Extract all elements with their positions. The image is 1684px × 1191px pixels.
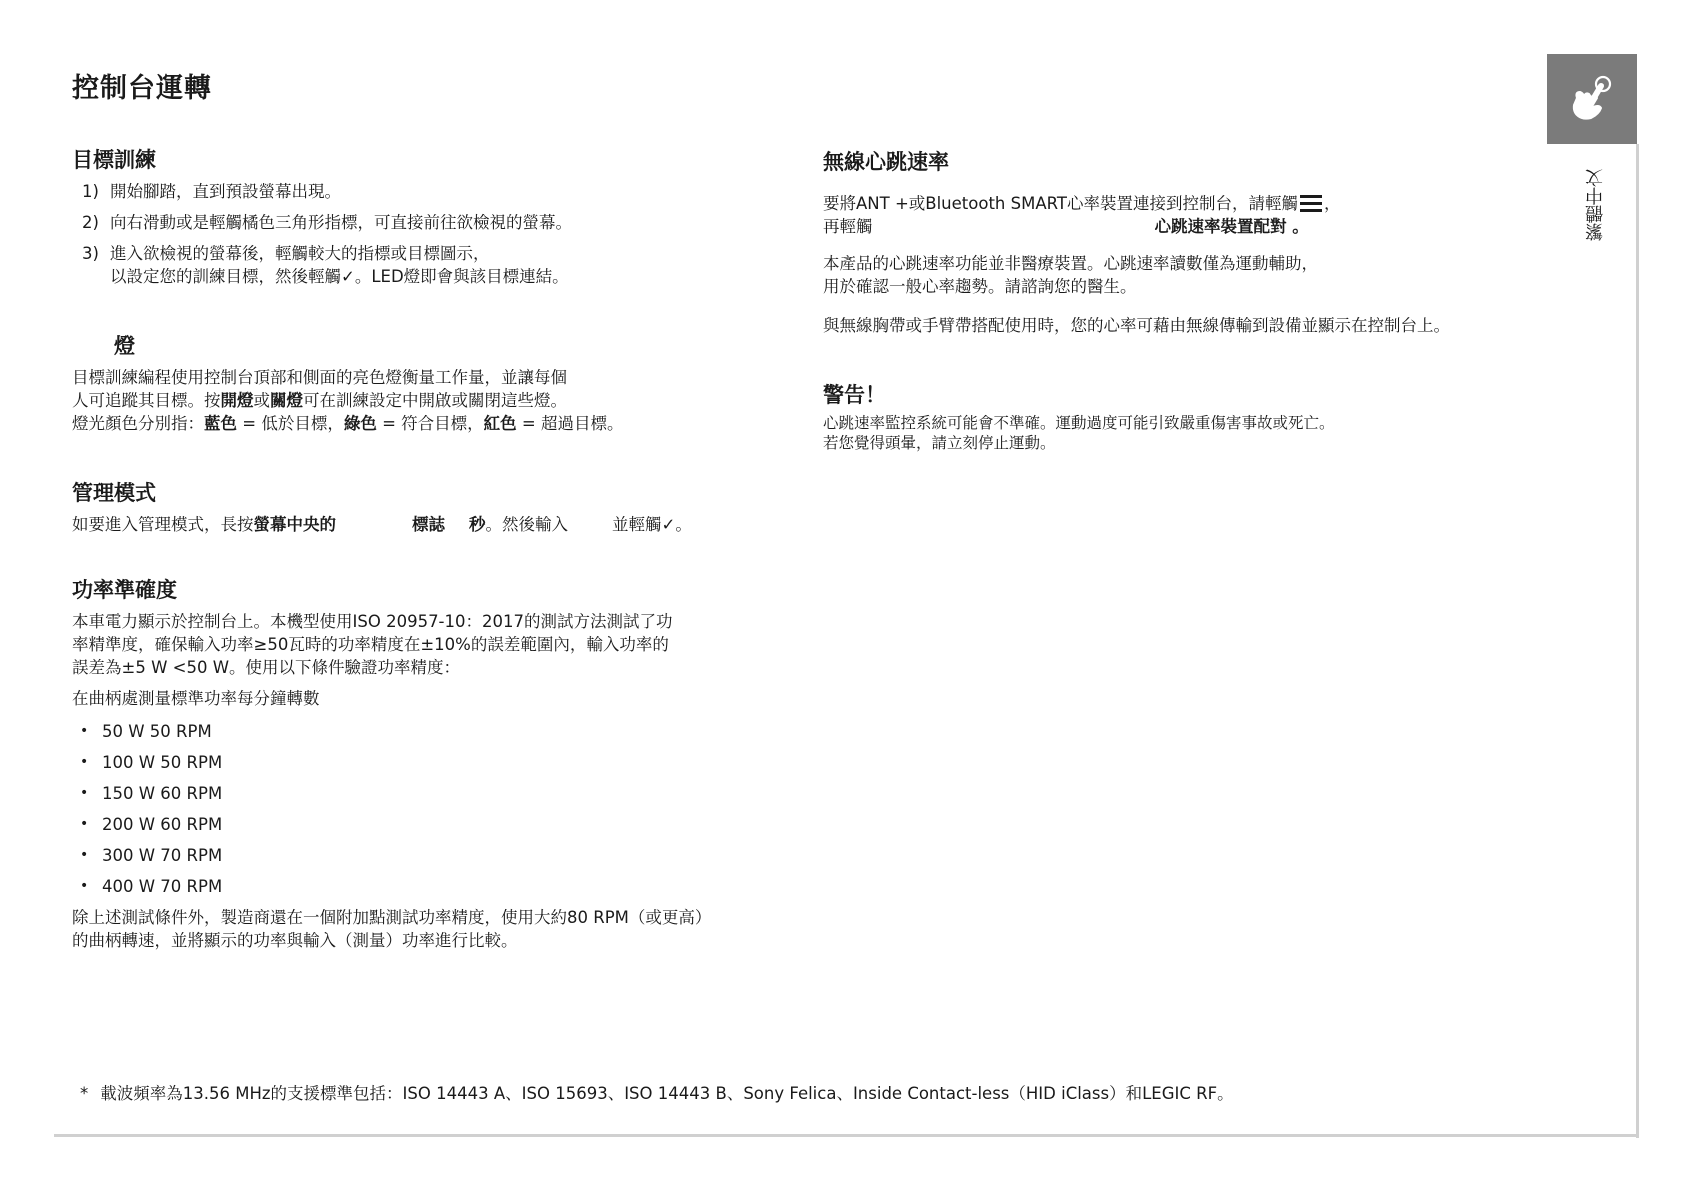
step-number: 1) [82, 180, 110, 203]
section-admin-mode: 管理模式 如要進入管理模式，長按螢幕中央的標誌秒。然後輸入並輕觸✓。 [72, 479, 772, 536]
bullet-icon: • [80, 844, 102, 867]
admin-paragraph: 如要進入管理模式，長按螢幕中央的標誌秒。然後輸入並輕觸✓。 [72, 513, 772, 536]
bold-text: 秒 [469, 515, 486, 534]
footnote-text: 載波頻率為13.56 MHz的支援標準包括：ISO 14443 A、ISO 15… [100, 1084, 1233, 1103]
page-border-bottom [54, 1134, 1639, 1137]
text: 可在訓練設定中開啟或關閉這些燈。 [303, 391, 567, 410]
text: ， [1324, 194, 1341, 213]
step-number: 3) [82, 242, 110, 288]
text: = 低於目標， [237, 414, 344, 433]
text: 再輕觸 [823, 217, 873, 236]
section-lights: 燈 目標訓練編程使用控制台頂部和側面的亮色燈衡量工作量，並讓每個 人可追蹤其目標… [72, 332, 772, 435]
list-item: 2) 向右滑動或是輕觸橘色三角形指標，可直接前往欲檢視的螢幕。 [82, 211, 772, 234]
language-label: 繁體中文 [1584, 160, 1608, 250]
section-warning: 警告！ 心跳速率監控系統可能會不準確。運動過度可能引致嚴重傷害事故或死亡。 若您… [823, 381, 1543, 453]
red-label: 紅色 [484, 414, 517, 433]
language-tab [1547, 54, 1637, 144]
page-title: 控制台運轉 [72, 66, 212, 105]
step-text: 向右滑動或是輕觸橘色三角形指標，可直接前往欲檢視的螢幕。 [110, 211, 572, 234]
text-line: 目標訓練編程使用控制台頂部和側面的亮色燈衡量工作量，並讓每個 [72, 368, 567, 387]
footnote: *載波頻率為13.56 MHz的支援標準包括：ISO 14443 A、ISO 1… [80, 1080, 1234, 1104]
menu-icon [1300, 195, 1322, 211]
bullet-icon: • [80, 720, 102, 743]
step-text: 進入欲檢視的螢幕後，輕觸較大的指標或目標圖示， 以設定您的訓練目標，然後輕觸✓。… [110, 242, 569, 288]
condition-text: 50 W 50 RPM [102, 720, 212, 743]
transmit-paragraph: 與無線胸帶或手臂帶搭配使用時，您的心率可藉由無線傳輸到設備並顯示在控制台上。 [823, 314, 1543, 337]
hr-pairing-label: 心跳速率裝置配對 [1155, 217, 1287, 236]
list-item: 3) 進入欲檢視的螢幕後，輕觸較大的指標或目標圖示， 以設定您的訓練目標，然後輕… [82, 242, 772, 288]
text-line: 除上述測試條件外，製造商還在一個附加點測試功率精度，使用大約80 RPM（或更高… [72, 908, 711, 927]
text-line: 率精準度，確保輸入功率≥50瓦時的功率精度在±10%的誤差範圍內，輸入功率的 [72, 635, 669, 654]
text-line: 本產品的心跳速率功能並非醫療裝置。心跳速率讀數僅為運動輔助， [823, 254, 1318, 273]
section-power-accuracy: 功率準確度 本車電力顯示於控制台上。本機型使用ISO 20957-10：2017… [72, 576, 772, 952]
bold-text: 螢幕中央的 [254, 515, 337, 534]
section-heading: 功率準確度 [72, 576, 772, 604]
step-text-line1: 進入欲檢視的螢幕後，輕觸較大的指標或目標圖示， [110, 244, 490, 263]
bullet-icon: • [80, 875, 102, 898]
list-item: 1) 開始腳踏，直到預設螢幕出現。 [82, 180, 772, 203]
bullet-icon: • [80, 751, 102, 774]
text: 燈光顏色分別指： [72, 414, 204, 433]
step-text-line2-end: 。LED燈即會與該目標連結。 [355, 267, 569, 286]
text: 如要進入管理模式，長按 [72, 515, 254, 534]
right-column: 無線心跳速率 要將ANT +或Bluetooth SMART心率裝置連接到控制台… [823, 148, 1543, 453]
lights-off-label: 關燈 [270, 391, 303, 410]
steps-list: 1) 開始腳踏，直到預設螢幕出現。 2) 向右滑動或是輕觸橘色三角形指標，可直接… [82, 180, 772, 288]
lights-on-label: 開燈 [221, 391, 254, 410]
blue-label: 藍色 [204, 414, 237, 433]
text: 並輕觸 [612, 515, 662, 534]
list-item: •400 W 70 RPM [80, 871, 772, 902]
disclaimer-paragraph: 本產品的心跳速率功能並非醫療裝置。心跳速率讀數僅為運動輔助， 用於確認一般心率趨… [823, 252, 1543, 298]
bold-text: 標誌 [412, 515, 445, 534]
warning-paragraph: 心跳速率監控系統可能會不準確。運動過度可能引致嚴重傷害事故或死亡。 若您覺得頭暈… [823, 413, 1543, 453]
text-line: 人可追蹤其目標。按 [72, 391, 221, 410]
section-heading: 燈 [72, 332, 772, 360]
section-heading-text: 燈 [114, 334, 135, 358]
text: 。 [675, 515, 692, 534]
text-line: 用於確認一般心率趨勢。請諮詢您的醫生。 [823, 277, 1137, 296]
power-closing: 除上述測試條件外，製造商還在一個附加點測試功率精度，使用大約80 RPM（或更高… [72, 906, 772, 952]
step-text-line2: 以設定您的訓練目標，然後輕觸 [110, 267, 341, 286]
conditions-list: •50 W 50 RPM •100 W 50 RPM •150 W 60 RPM… [80, 716, 772, 902]
step-number: 2) [82, 211, 110, 234]
text-line: 的曲柄轉速，並將顯示的功率與輸入（測量）功率進行比較。 [72, 931, 518, 950]
connect-paragraph: 要將ANT +或Bluetooth SMART心率裝置連接到控制台，請輕觸， 再… [823, 192, 1543, 238]
section-heading: 目標訓練 [72, 146, 772, 174]
list-item: •200 W 60 RPM [80, 809, 772, 840]
text-line: 若您覺得頭暈，請立刻停止運動。 [823, 434, 1056, 452]
checkmark-icon: ✓ [662, 515, 676, 534]
text-line: 心跳速率監控系統可能會不準確。運動過度可能引致嚴重傷害事故或死亡。 [823, 414, 1335, 432]
section-heading: 無線心跳速率 [823, 148, 1543, 176]
footnote-marker: * [80, 1084, 88, 1103]
touch-hand-icon [1565, 72, 1619, 126]
condition-text: 100 W 50 RPM [102, 751, 222, 774]
text-line: 本車電力顯示於控制台上。本機型使用ISO 20957-10：2017的測試方法測… [72, 612, 673, 631]
condition-text: 400 W 70 RPM [102, 875, 222, 898]
power-paragraph: 本車電力顯示於控制台上。本機型使用ISO 20957-10：2017的測試方法測… [72, 610, 772, 679]
text-line: 誤差為±5 W <50 W。使用以下條件驗證功率精度： [72, 658, 460, 677]
text: = 符合目標， [377, 414, 484, 433]
green-label: 綠色 [344, 414, 377, 433]
text: 或 [254, 391, 271, 410]
power-subheading: 在曲柄處測量標準功率每分鐘轉數 [72, 687, 772, 710]
step-text: 開始腳踏，直到預設螢幕出現。 [110, 180, 341, 203]
bullet-icon: • [80, 782, 102, 805]
condition-text: 300 W 70 RPM [102, 844, 222, 867]
text: 。然後輸入 [486, 515, 569, 534]
section-wireless-hr: 無線心跳速率 要將ANT +或Bluetooth SMART心率裝置連接到控制台… [823, 148, 1543, 337]
text: = 超過目標。 [517, 414, 624, 433]
text: 。 [1287, 217, 1309, 236]
section-heading: 管理模式 [72, 479, 772, 507]
left-column: 目標訓練 1) 開始腳踏，直到預設螢幕出現。 2) 向右滑動或是輕觸橘色三角形指… [72, 146, 772, 952]
list-item: •300 W 70 RPM [80, 840, 772, 871]
list-item: •150 W 60 RPM [80, 778, 772, 809]
lights-paragraph: 目標訓練編程使用控制台頂部和側面的亮色燈衡量工作量，並讓每個 人可追蹤其目標。按… [72, 366, 772, 435]
warning-heading: 警告！ [823, 381, 1543, 409]
list-item: •50 W 50 RPM [80, 716, 772, 747]
condition-text: 200 W 60 RPM [102, 813, 222, 836]
condition-text: 150 W 60 RPM [102, 782, 222, 805]
list-item: •100 W 50 RPM [80, 747, 772, 778]
section-target-training: 目標訓練 1) 開始腳踏，直到預設螢幕出現。 2) 向右滑動或是輕觸橘色三角形指… [72, 146, 772, 288]
bullet-icon: • [80, 813, 102, 836]
page-border-right [1636, 144, 1639, 1138]
text: 要將ANT +或Bluetooth SMART心率裝置連接到控制台，請輕觸 [823, 194, 1298, 213]
checkmark-icon: ✓ [341, 267, 355, 286]
